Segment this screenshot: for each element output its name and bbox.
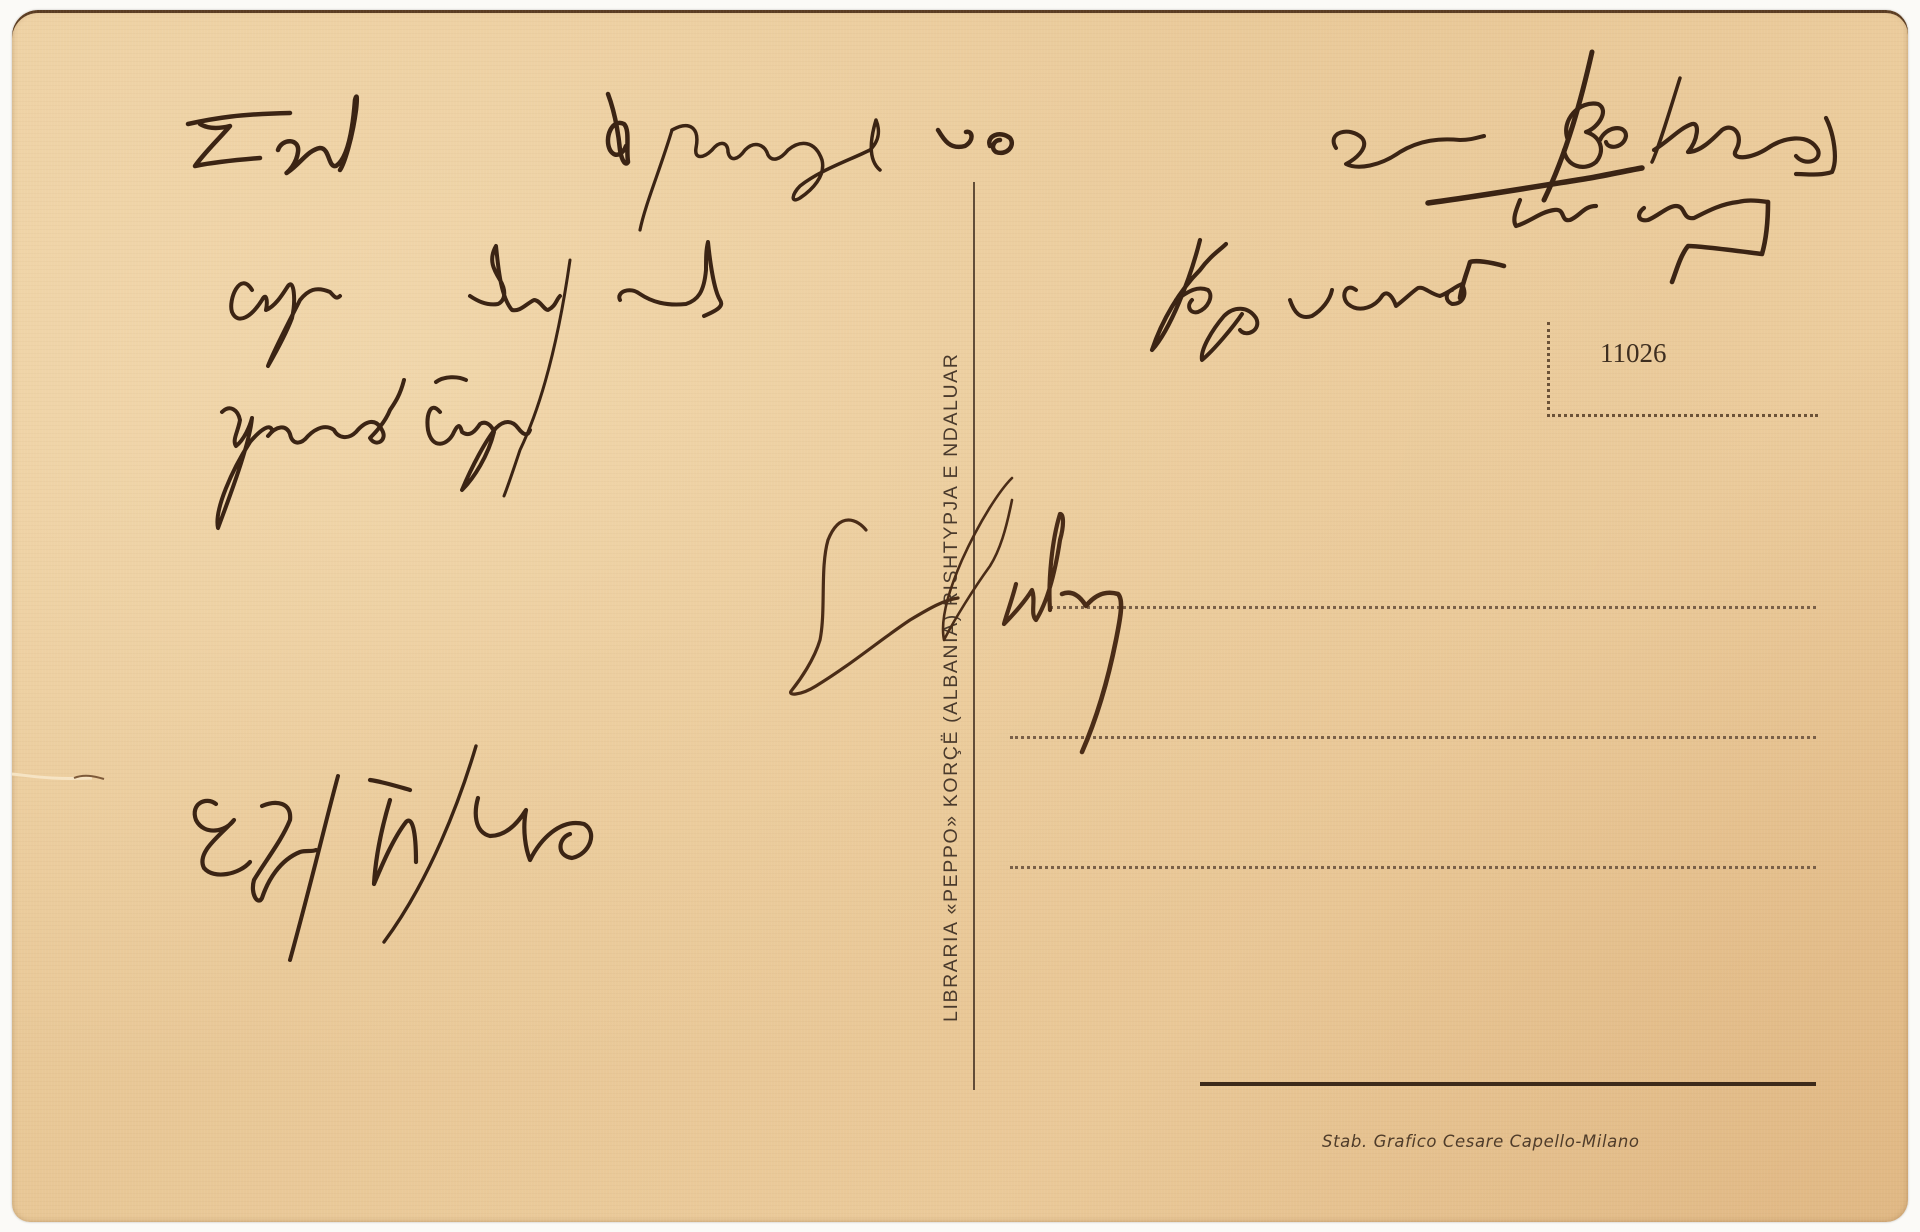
stamp-placement-box xyxy=(1547,322,1818,417)
center-divider-line xyxy=(973,182,975,1090)
message-line-1: Σε σας έχω αφιερωμένο σαν xyxy=(12,10,13,11)
handwriting-closing xyxy=(195,746,591,960)
handwriting-address xyxy=(1428,52,1835,282)
postcard-back: LIBRARIA «PEPPO» KORÇË (ALBANIA) RISHTYP… xyxy=(12,10,1908,1222)
address-line-2 xyxy=(1010,736,1816,739)
corner-crease xyxy=(12,770,112,784)
handwriting-line-1 xyxy=(188,94,1484,230)
address-line-3 xyxy=(1010,866,1816,869)
message-text: Σε σας έχω αφιερωμένο σαν σύμβολο της Κο… xyxy=(12,10,13,11)
serial-number: 11026 xyxy=(1600,338,1667,369)
handwriting-line-3 xyxy=(217,260,570,528)
address-bottom-rule xyxy=(1200,1082,1816,1086)
handwriting-line-2 xyxy=(231,240,1504,366)
printer-credit: Stab. Grafico Cesare Capello-Milano xyxy=(1322,1132,1640,1151)
publisher-imprint: LIBRARIA «PEPPO» KORÇË (ALBANIA) RISHTYP… xyxy=(940,353,963,1022)
address-line-1 xyxy=(1050,606,1816,609)
